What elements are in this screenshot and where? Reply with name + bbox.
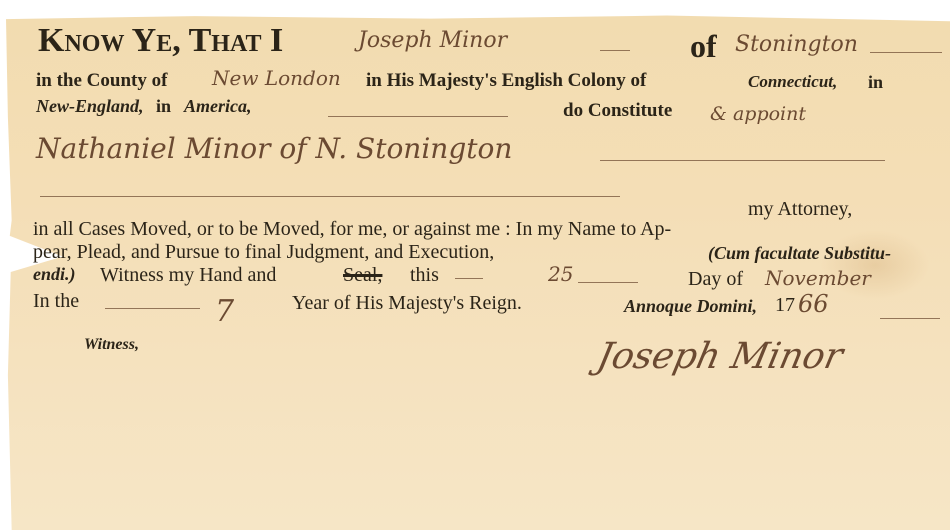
month-value: November [765, 266, 871, 290]
region-new-england: New-England, [36, 96, 144, 117]
country-america: America, [184, 96, 252, 117]
attorney-label: my Attorney, [748, 198, 852, 221]
blank-rule [600, 160, 885, 161]
colony-trail: in [868, 72, 883, 93]
blank-rule [455, 278, 483, 279]
blank-rule [578, 282, 638, 283]
year-handwritten: 66 [798, 290, 829, 318]
reign-label-a: In the [33, 290, 79, 313]
body-line-2b: (Cum facultate Substitu- [708, 243, 891, 264]
body-line-3c: this [410, 264, 439, 287]
blank-rule [600, 50, 630, 51]
reign-year: 7 [215, 294, 234, 329]
body-line-3b: Witness my Hand and [100, 264, 276, 287]
heading-know-ye: Know Ye, That I [38, 22, 283, 60]
body-line-3a: endi.) [33, 264, 76, 285]
constitute-label: do Constitute [563, 100, 672, 122]
grantor-name: Joseph Minor [358, 28, 507, 53]
day-value: 25 [548, 262, 573, 286]
anno-label: Annoque Domini, [624, 296, 757, 317]
seal-struck: Seal, [343, 264, 382, 287]
county-label: in the County of [36, 70, 167, 92]
blank-rule [328, 116, 508, 117]
body-line-2a: pear, Plead, and Pursue to final Judgmen… [33, 241, 494, 264]
body-line-1: in all Cases Moved, or to be Moved, for … [33, 218, 671, 241]
signature: Joseph Minor [594, 336, 847, 377]
of-label: of [690, 28, 717, 65]
witness-label: Witness, [84, 336, 139, 354]
reign-label-b: Year of His Majesty's Reign. [292, 292, 522, 315]
grantor-town: Stonington [735, 32, 858, 57]
county-name: New London [212, 66, 341, 90]
colony-name: Connecticut, [748, 72, 837, 92]
day-of-label: Day of [688, 268, 743, 291]
colony-text: in His Majesty's English Colony of [366, 70, 646, 92]
blank-rule [105, 308, 200, 309]
year-printed: 17 [775, 294, 795, 317]
constitute-appoint: & appoint [710, 103, 806, 125]
attorney-name: Nathaniel Minor of N. Stonington [36, 132, 512, 165]
in-label: in [156, 96, 171, 117]
blank-rule [870, 52, 942, 53]
blank-rule [880, 318, 940, 319]
blank-rule [40, 196, 620, 197]
